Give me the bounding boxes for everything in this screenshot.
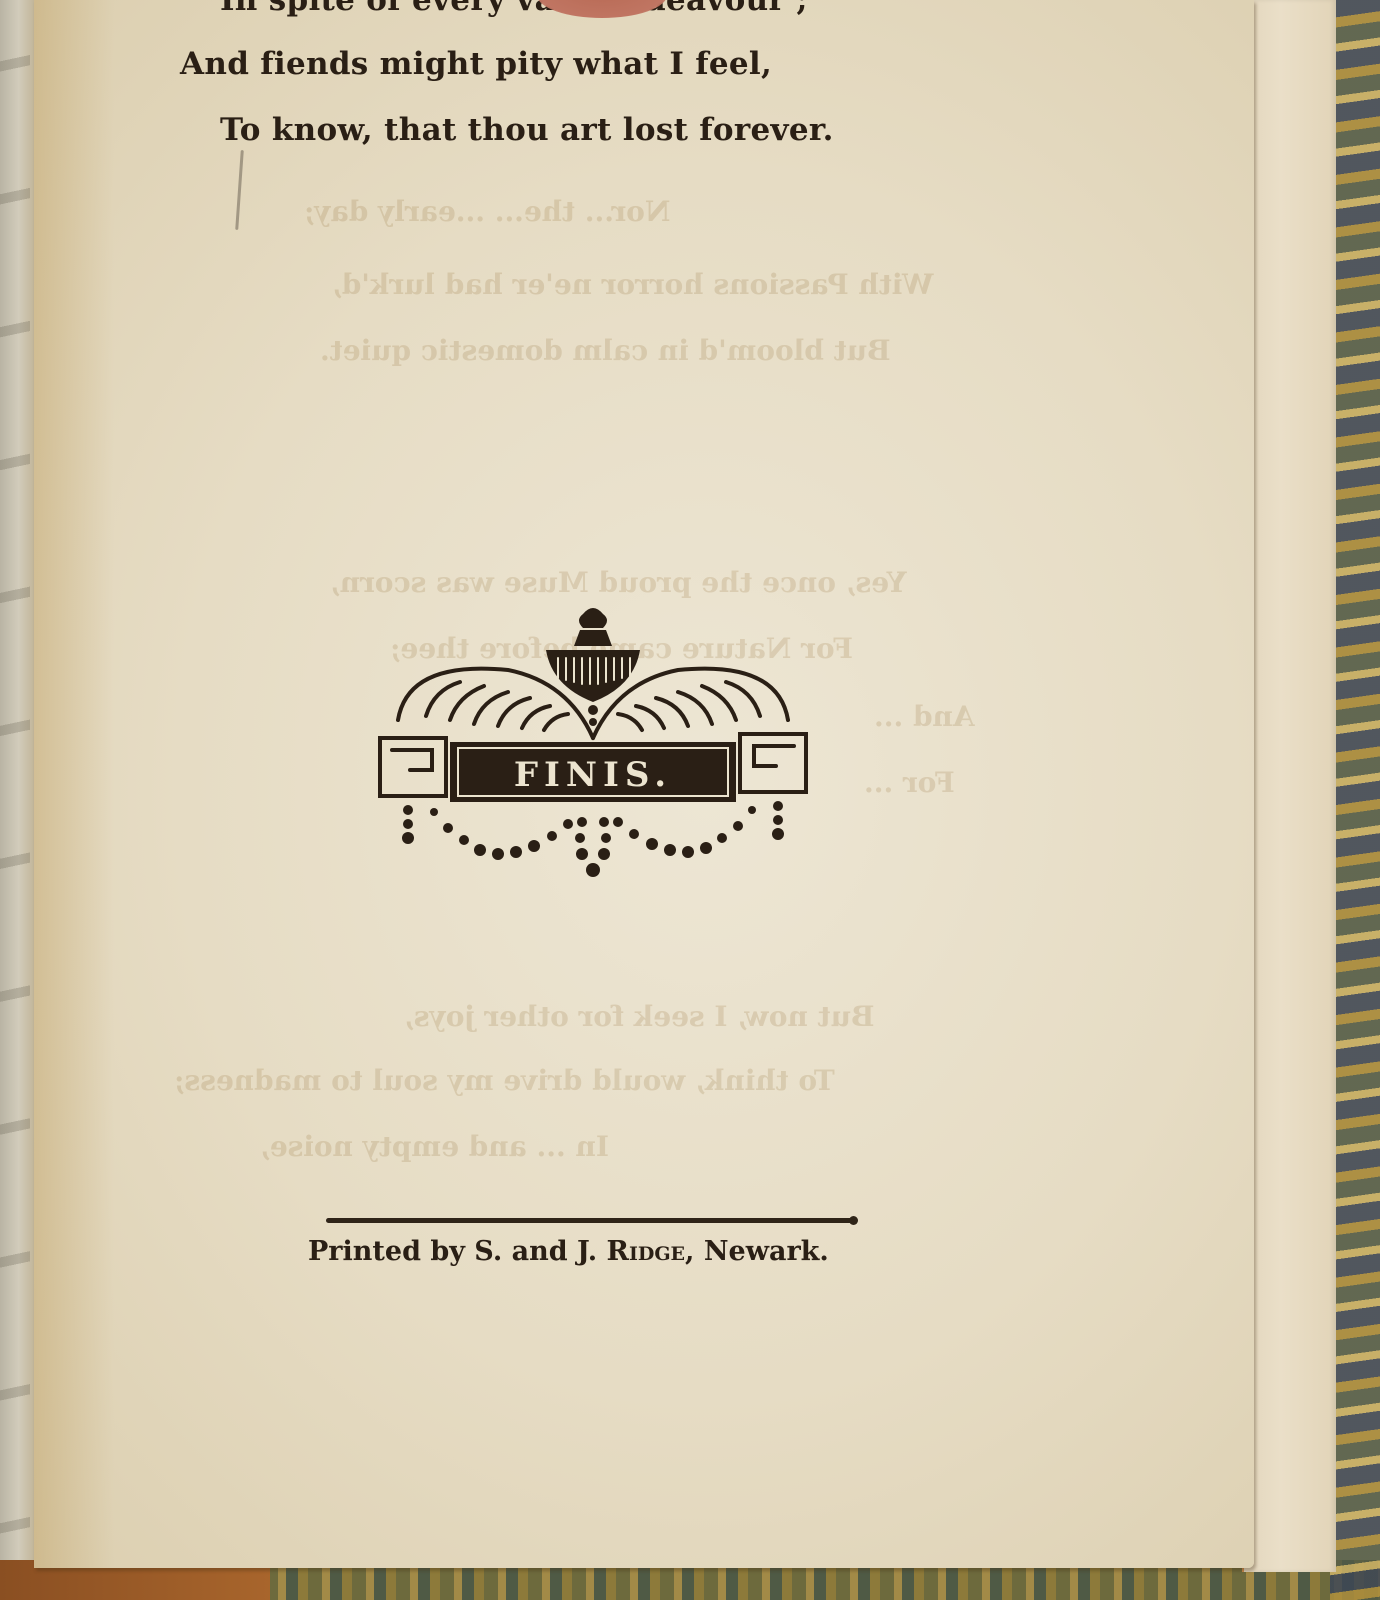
show-through-line: In ... and empty noise, (260, 1130, 609, 1163)
show-through-line: But now, I seek for other joys, (404, 1000, 875, 1033)
verse-line: And fiends might pity what I feel, (180, 46, 772, 82)
show-through-line: And ... (874, 700, 975, 733)
marbled-endpaper (1330, 0, 1380, 1600)
imprint-rule (326, 1218, 854, 1223)
printer-name: Ridge (607, 1236, 686, 1267)
pencil-mark (235, 150, 244, 230)
verse-line: To know, that thou art lost forever. (220, 112, 834, 148)
imprint-prefix: Printed by S. and J. (308, 1236, 607, 1267)
printer-imprint: Printed by S. and J. Ridge, Newark. (308, 1236, 829, 1267)
bead-swag (402, 801, 784, 877)
facing-page-edge (0, 0, 34, 1600)
show-through-line: For ... (864, 766, 955, 799)
urn-icon (546, 608, 640, 726)
verse-line: In spite of every vain endeavour ; (220, 0, 808, 18)
show-through-line: Yes, once the proud Muse was scorn, (330, 566, 907, 599)
show-through-line: With Passions horror ne'er had lurk'd, (332, 268, 933, 301)
book-page: Nor... the... ...early day; With Passion… (34, 0, 1254, 1568)
show-through-line: To think, would drive my soul to madness… (174, 1064, 835, 1097)
finis-tailpiece-ornament: FINIS. (368, 600, 818, 885)
flyleaf (1242, 0, 1336, 1572)
show-through-line: But bloom'd in calm domestic quiet. (320, 334, 891, 367)
imprint-suffix: , Newark. (685, 1236, 829, 1267)
finis-label: FINIS. (514, 755, 672, 795)
show-through-line: Nor... the... ...early day; (304, 195, 670, 228)
